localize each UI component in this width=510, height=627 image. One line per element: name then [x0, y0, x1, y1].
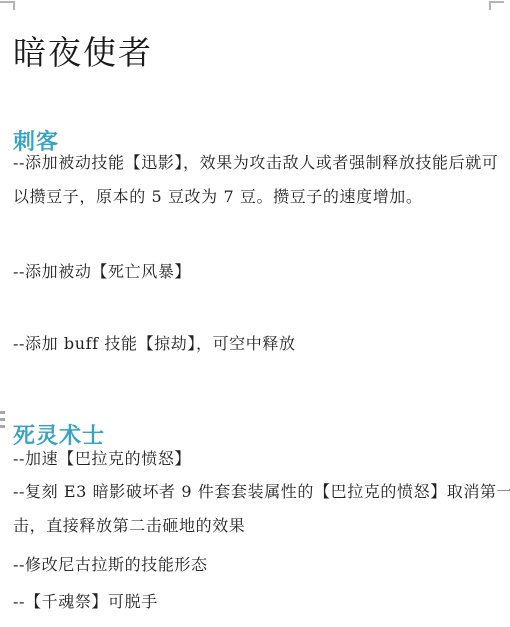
paragraph-line: --添加被动【死亡风暴】 — [13, 259, 191, 285]
paragraph-line: --【千魂祭】可脱手 — [13, 589, 158, 615]
paragraph-line: 以攒豆子，原本的 5 豆改为 7 豆。攒豆子的速度增加。 — [13, 184, 423, 210]
paragraph-line: --加速【巴拉克的愤怒】 — [13, 446, 191, 472]
document-title: 暗夜使者 — [13, 32, 153, 74]
drag-handle-dot — [0, 418, 5, 421]
paragraph-line: --修改尼古拉斯的技能形态 — [13, 552, 208, 578]
page-corner-mark-top-right — [489, 1, 504, 10]
page-corner-mark-top-left — [0, 1, 15, 10]
document-page: 暗夜使者 刺客 --添加被动技能【迅影】，效果为攻击敌人或者强制释放技能后就可 … — [0, 0, 510, 627]
paragraph-line: --添加 buff 技能【掠劫】，可空中释放 — [13, 331, 296, 357]
paragraph-line: --添加被动技能【迅影】，效果为攻击敌人或者强制释放技能后就可 — [13, 150, 498, 176]
drag-handle-dot — [0, 411, 5, 414]
paragraph-drag-handle[interactable] — [0, 411, 5, 431]
paragraph-line: --复刻 E3 暗影破坏者 9 件套套装属性的【巴拉克的愤怒】取消第一 — [13, 479, 510, 505]
paragraph-line: 击，直接释放第二击砸地的效果 — [13, 513, 245, 539]
drag-handle-dot — [0, 425, 5, 428]
